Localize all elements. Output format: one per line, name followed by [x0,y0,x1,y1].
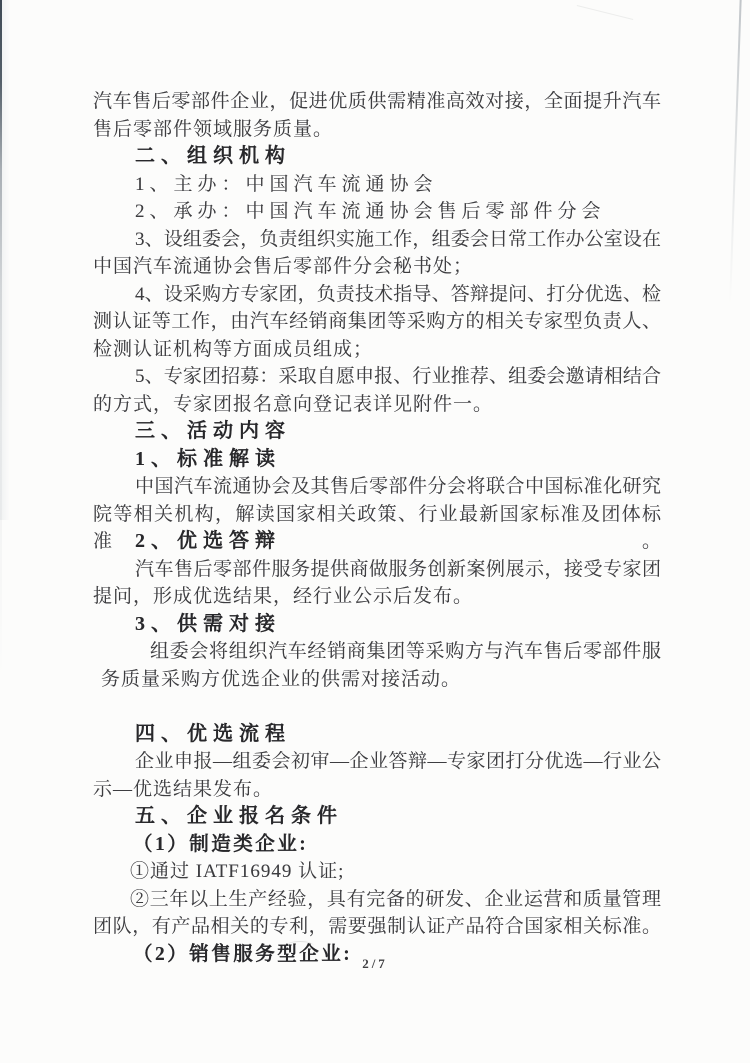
document-line: 汽车售后零部件企业，促进优质供需精准高效对接，全面提升汽车 [93,88,661,116]
page-number: 2/7 [0,956,750,972]
document-line: ①通过 IATF16949 认证; [93,858,661,886]
document-line: 汽车售后零部件服务提供商做服务创新案例展示，接受专家团 [93,556,661,584]
document-line: 1、标准解读 [93,446,661,474]
document-page: 汽车售后零部件企业，促进优质供需精准高效对接，全面提升汽车售后零部件领域服务质量… [0,0,750,1063]
document-line: 务质量采购方优选企业的供需对接活动。 [93,666,661,694]
document-line: 示—优选结果发布。 [93,776,661,804]
document-line: 3、设组委会，负责组织实施工作，组委会日常工作办公室设在 [93,226,661,254]
document-line: 二、组织机构 [93,143,661,171]
document-line: 检测认证机构等方面成员组成； [93,336,661,364]
document-body: 汽车售后零部件企业，促进优质供需精准高效对接，全面提升汽车售后零部件领域服务质量… [93,88,661,968]
document-line: 中国汽车流通协会及其售后零部件分会将联合中国标准化研究 [93,473,661,501]
scan-edge-artifact [0,0,2,680]
document-line: 团队，有产品相关的专利，需要强制认证产品符合国家相关标准。 [93,913,661,941]
document-line: 四、优选流程 [93,721,661,749]
scan-crease-artifact [729,0,742,305]
document-line: 组委会将组织汽车经销商集团等采购方与汽车售后零部件服 [93,638,661,666]
document-line: 的方式，专家团报名意向登记表详见附件一。 [93,391,661,419]
document-line: 售后零部件领域服务质量。 [93,116,661,144]
scan-scratch-artifact [577,5,634,20]
document-line: ②三年以上生产经验，具有完备的研发、企业运营和质量管理 [93,886,661,914]
document-line: 中国汽车流通协会售后零部件分会秘书处； [93,253,661,281]
document-line: 五、企业报名条件 [93,803,661,831]
document-line: 2、承办：中国汽车流通协会售后零部件分会 [93,198,661,226]
document-line: 三、活动内容 [93,418,661,446]
document-line: 企业申报—组委会初审—企业答辩—专家团打分优选—行业公 [93,748,661,776]
document-line: 1、主办：中国汽车流通协会 [93,171,661,199]
document-line: 3、供需对接 [93,611,661,639]
document-line: 5、专家团招募：采取自愿申报、行业推荐、组委会邀请相结合 [93,363,661,391]
document-line: 测认证等工作，由汽车经销商集团等采购方的相关专家型负责人、 [93,308,661,336]
document-line: 4、设采购方专家团，负责技术指导、答辩提问、打分优选、检 [93,281,661,309]
blank-line [93,693,661,721]
document-line: 提问，形成优选结果，经行业公示后发布。 [93,583,661,611]
document-line: 院等相关机构，解读国家相关政策、行业最新国家标准及团体标准。 [93,501,661,529]
document-line: （1）制造类企业: [93,831,661,859]
